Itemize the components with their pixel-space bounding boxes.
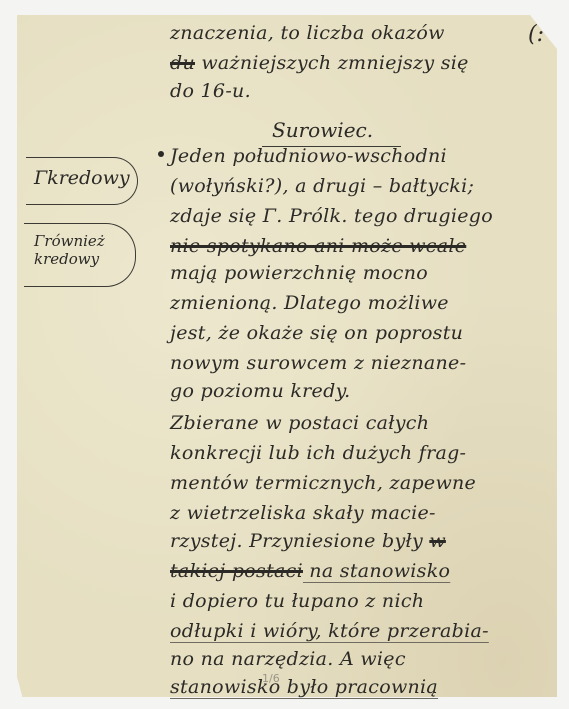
- text-line: mają powierzchnię mocno: [170, 262, 428, 284]
- text-line: go poziomu kredy.: [170, 380, 350, 402]
- text-line: nowym surowcem z nieznane-: [170, 352, 466, 374]
- margin-note-line: kredowy: [34, 250, 135, 268]
- text-line: zmienioną. Dlatego możliwe: [170, 292, 449, 314]
- text-line: Jeden południowo-wschodni: [170, 145, 447, 167]
- corner-mark: (:: [528, 22, 544, 47]
- text-line: odłupki i wióry, które przerabia-: [170, 620, 489, 642]
- margin-note-line: Γrównież: [34, 232, 135, 250]
- text-line: znaczenia, to liczba okazów: [170, 22, 445, 44]
- text-line: z wietrzeliska skały macie-: [170, 502, 436, 524]
- margin-note-rowniez-kredowy: Γrównież kredowy: [24, 223, 136, 287]
- struck-text: du: [170, 52, 195, 74]
- text-line: do 16-u.: [170, 80, 251, 102]
- text-line: i dopiero tu łupano z nich: [170, 590, 424, 612]
- text-line: jest, że okaże się on poprostu: [170, 322, 463, 344]
- struck-text: takiej postaci: [170, 560, 303, 582]
- text-line: rzystej. Przyniesione były w: [170, 530, 446, 552]
- pencil-page-mark: 1/6: [262, 672, 280, 685]
- text-line: takiej postaci na stanowisko: [170, 560, 450, 582]
- text-line: stanowisko było pracownią: [170, 676, 438, 698]
- text-line: nie spotykano ani może wcale: [170, 235, 466, 257]
- text-line: (wołyński?), a drugi – bałtycki;: [170, 175, 474, 197]
- section-heading: Surowiec.: [262, 118, 401, 147]
- struck-text: w: [429, 530, 446, 552]
- text-line: du ważniejszych zmniejszy się: [170, 52, 469, 74]
- margin-note-kredowy: Γkredowy: [26, 157, 138, 205]
- text-line: mentów termicznych, zapewne: [170, 472, 476, 494]
- margin-note-text: Γkredowy: [34, 167, 130, 189]
- text-line: konkrecji lub ich dużych frag-: [170, 442, 466, 464]
- text-line: Zbierane w postaci całych: [170, 412, 429, 434]
- text-line: zdaje się Γ. Prólk. tego drugiego: [170, 205, 493, 227]
- struck-text: nie spotykano ani może wcale: [170, 235, 466, 257]
- text-line: no na narzędzia. A więc: [170, 648, 406, 670]
- bullet-dot: [158, 151, 164, 157]
